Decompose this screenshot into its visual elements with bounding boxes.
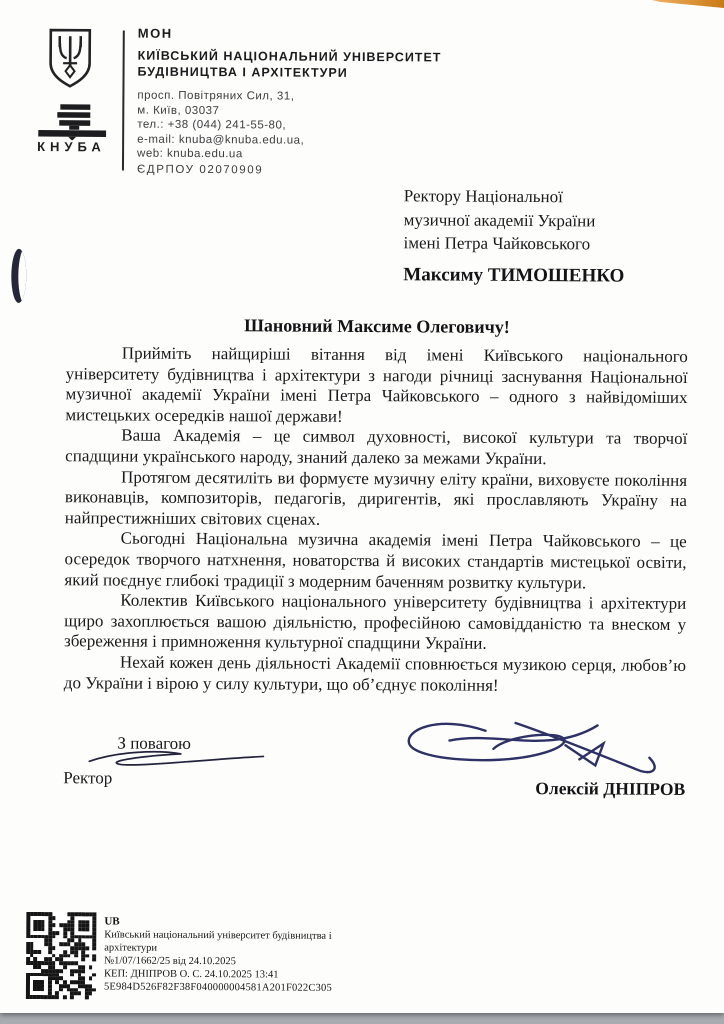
letterhead-text: МОН КИЇВСЬКИЙ НАЦІОНАЛЬНИЙ УНІВЕРСИТЕТ Б… [137, 26, 442, 179]
handwritten-signature [397, 710, 697, 782]
signer-name: Олексій ДНІПРОВ [385, 777, 685, 800]
paragraph: Сьогодні Національна музична академія ім… [64, 529, 686, 595]
paragraph: Нехай кожен день діяльності Академії спо… [64, 652, 686, 697]
university-name-line1: КИЇВСЬКИЙ НАЦІОНАЛЬНИЙ УНІВЕРСИТЕТ [138, 48, 442, 66]
ministry-label: МОН [138, 26, 442, 43]
phone-line: тел.: +38 (044) 241-55-80, [137, 118, 441, 134]
letterhead-divider [122, 31, 125, 171]
edrpou-line: ЄДРПОУ 02070909 [137, 162, 441, 178]
paragraph: Колектив Київського національного універ… [64, 590, 686, 656]
signer-position: Ректор [63, 768, 112, 788]
ukraine-trident-icon [46, 27, 93, 89]
address-line1: просп. Повітряних Сил, 31, [137, 89, 441, 105]
esignature-stamp: UB Київський національний університет бу… [26, 912, 332, 1001]
paragraph: Прийміть найщиріші вітання від імені Киї… [65, 343, 687, 429]
recipient-line3: імені Петра Чайковського [403, 231, 595, 256]
recipient-line1: Ректору Національної [404, 184, 596, 209]
recipient-block: Ректору Національної музичної академії У… [403, 184, 595, 256]
university-name-line2: БУДІВНИЦТВА І АРХІТЕКТУРИ [138, 64, 442, 82]
recipient-line2: музичної академії України [404, 208, 596, 233]
salutation: Шановний Максиме Олеговичу! [66, 314, 688, 339]
stamp-text: UB Київський національний університет бу… [104, 912, 332, 1000]
web-line: web: knuba.edu.ua [137, 147, 441, 163]
knuba-logo-icon [38, 104, 106, 140]
letter-content: КНУБА МОН КИЇВСЬКИЙ НАЦІОНАЛЬНИЙ УНІВЕРС… [0, 0, 724, 1015]
scanned-letter: КНУБА МОН КИЇВСЬКИЙ НАЦІОНАЛЬНИЙ УНІВЕРС… [0, 0, 724, 1024]
paragraph: Протягом десятиліть ви формуєте музичну … [65, 467, 687, 533]
logo-abbr-label: КНУБА [37, 139, 107, 154]
binder-mark-artifact [11, 249, 26, 303]
paragraph: Ваша Академія – це символ духовності, ви… [65, 426, 687, 471]
letter-body: Прийміть найщиріші вітання від імені Киї… [64, 343, 688, 697]
stamp-hash: 5E984D526F82F38F040000004581A201F022C305 [104, 980, 332, 994]
contact-block: просп. Повітряних Сил, 31, м. Київ, 0303… [137, 89, 441, 179]
qr-code [26, 912, 97, 999]
recipient-name: Максиму ТИМОШЕНКО [403, 264, 624, 287]
